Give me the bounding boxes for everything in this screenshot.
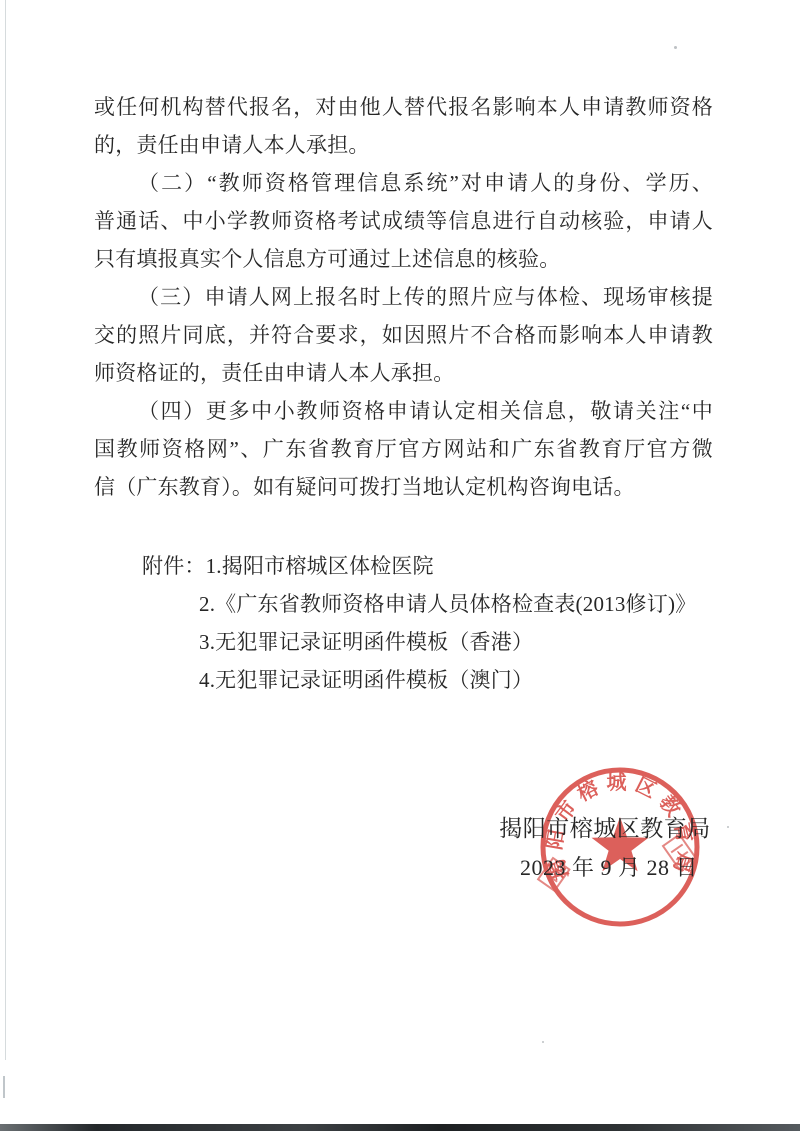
scan-bottom-band xyxy=(0,1124,800,1131)
body-line: 的，责任由申请人本人承担。 xyxy=(94,126,713,164)
attachment-item: 4.无犯罪记录证明函件模板（澳门） xyxy=(142,661,762,699)
attachment-line: 附件：1.揭阳市榕城区体检医院 xyxy=(142,547,762,585)
body-line: 或任何机构替代报名，对由他人替代报名影响本人申请教师资格 xyxy=(94,88,713,126)
body-line: 师资格证的，责任由申请人本人承担。 xyxy=(94,354,713,392)
scan-speck xyxy=(542,1041,544,1043)
body-line: 国教师资格网”、广东省教育厅官方网站和广东省教育厅官方微 xyxy=(94,430,713,468)
scan-edge-line xyxy=(5,0,6,1060)
body-line: 信（广东教育）。如有疑问可拨打当地认定机构咨询电话。 xyxy=(94,468,713,506)
attachment-item: 1.揭阳市榕城区体检医院 xyxy=(206,554,434,578)
document-page: 或任何机构替代报名，对由他人替代报名影响本人申请教师资格 的，责任由申请人本人承… xyxy=(0,0,800,1131)
signature-date: 2023 年 9 月 28 日 xyxy=(479,854,739,882)
body-line: （三）申请人网上报名时上传的照片应与体检、现场审核提 xyxy=(94,278,713,316)
official-seal: 揭阳市榕城区教育局 xyxy=(535,762,705,932)
signature-org: 揭阳市榕城区教育局 xyxy=(475,814,735,844)
attachment-item: 3.无犯罪记录证明函件模板（香港） xyxy=(142,623,762,661)
attachments-label: 附件： xyxy=(142,554,206,578)
scan-edge-fragment xyxy=(3,1076,5,1098)
scan-speck xyxy=(674,46,677,49)
body-line: （二）“教师资格管理信息系统”对申请人的身份、学历、 xyxy=(94,164,713,202)
body-line: 交的照片同底，并符合要求，如因照片不合格而影响本人申请教 xyxy=(94,316,713,354)
body-text: 或任何机构替代报名，对由他人替代报名影响本人申请教师资格 的，责任由申请人本人承… xyxy=(94,88,713,506)
body-line: 只有填报真实个人信息方可通过上述信息的核验。 xyxy=(94,240,713,278)
attachment-item: 2.《广东省教师资格申请人员体格检查表(2013修订)》 xyxy=(142,585,762,623)
body-line: 普通话、中小学教师资格考试成绩等信息进行自动核验，申请人 xyxy=(94,202,713,240)
attachments-block: 附件：1.揭阳市榕城区体检医院 2.《广东省教师资格申请人员体格检查表(2013… xyxy=(142,547,762,699)
body-line: （四）更多中小教师资格申请认定相关信息，敬请关注“中 xyxy=(94,392,713,430)
